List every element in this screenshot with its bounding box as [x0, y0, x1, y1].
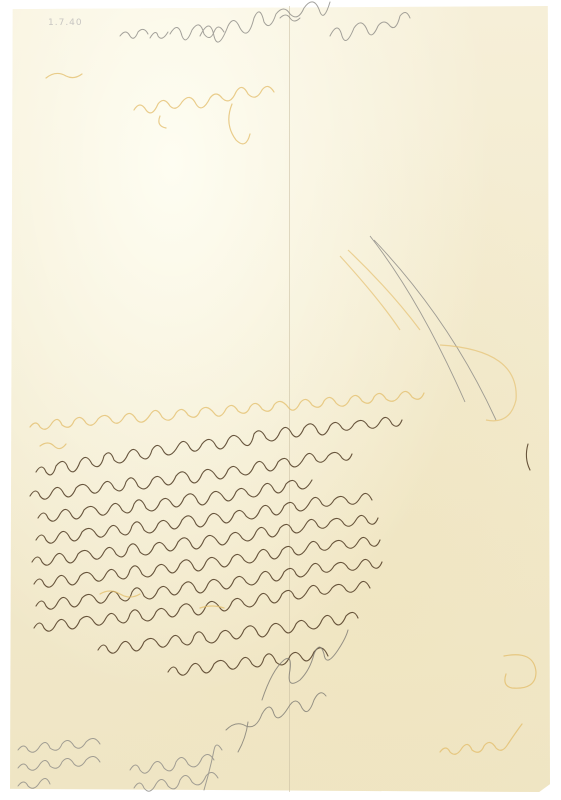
- main-body-text: [30, 417, 530, 675]
- header-faded-salutation: [46, 73, 274, 143]
- signature: [226, 630, 348, 752]
- faded-arcs: [340, 250, 516, 421]
- faded-ink-line: [30, 391, 424, 448]
- header-pencil-note: [120, 2, 410, 42]
- bottom-left-notes: [18, 738, 222, 791]
- pencil-diagonal-strokes: [370, 236, 496, 420]
- handwriting-layer: [0, 0, 561, 800]
- bottom-right-faded-note: [100, 591, 536, 754]
